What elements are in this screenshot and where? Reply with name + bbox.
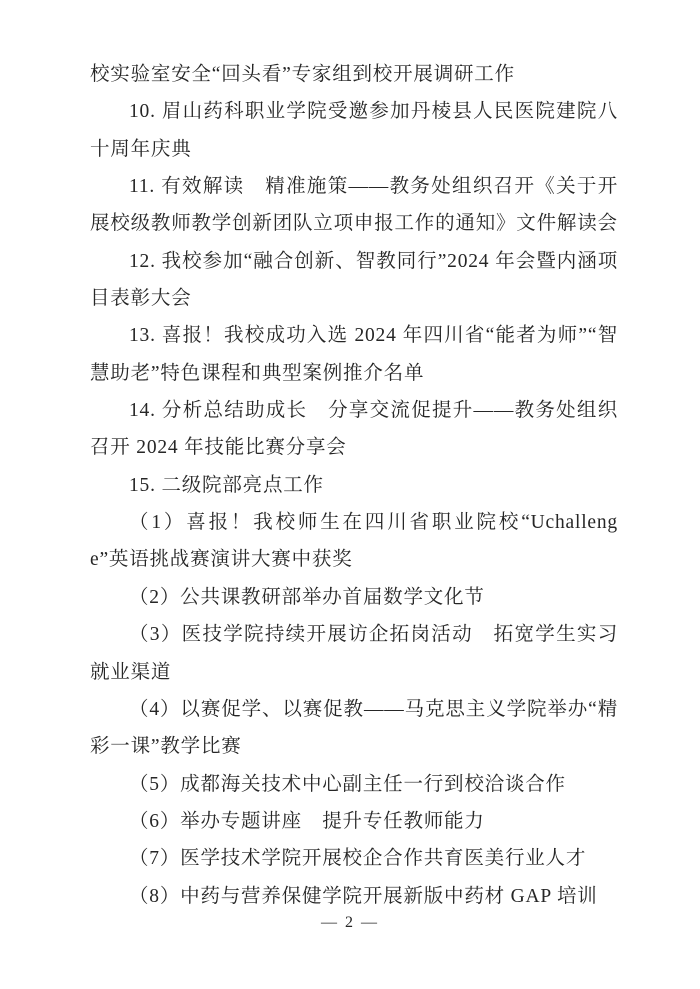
paragraph: （6）举办专题讲座 提升专任教师能力 — [90, 803, 618, 840]
paragraph: （1）喜报！我校师生在四川省职业院校“Uchallenge”英语挑战赛演讲大赛中… — [90, 504, 618, 579]
paragraph: 13. 喜报！我校成功入选 2024 年四川省“能者为师”“智慧助老”特色课程和… — [90, 317, 618, 392]
paragraph: （5）成都海关技术中心副主任一行到校洽谈合作 — [90, 766, 618, 803]
paragraph: （2）公共课教研部举办首届数学文化节 — [90, 579, 618, 616]
paragraph: 14. 分析总结助成长 分享交流促提升——教务处组织召开 2024 年技能比赛分… — [90, 392, 618, 467]
page-number: — 2 — — [0, 914, 700, 932]
paragraph: 12. 我校参加“融合创新、智教同行”2024 年会暨内涵项目表彰大会 — [90, 243, 618, 318]
paragraph: 11. 有效解读 精准施策——教务处组织召开《关于开展校级教师教学创新团队立项申… — [90, 168, 618, 243]
paragraph: （4）以赛促学、以赛促教——马克思主义学院举办“精彩一课”教学比赛 — [90, 691, 618, 766]
document-page: 校实验室安全“回头看”专家组到校开展调研工作10. 眉山药科职业学院受邀参加丹棱… — [0, 0, 700, 989]
document-content: 校实验室安全“回头看”专家组到校开展调研工作10. 眉山药科职业学院受邀参加丹棱… — [90, 56, 618, 915]
paragraph: （3）医技学院持续开展访企拓岗活动 拓宽学生实习就业渠道 — [90, 616, 618, 691]
paragraph: （7）医学技术学院开展校企合作共育医美行业人才 — [90, 840, 618, 877]
paragraph: 校实验室安全“回头看”专家组到校开展调研工作 — [90, 56, 618, 93]
paragraph: （8）中药与营养保健学院开展新版中药材 GAP 培训 — [90, 878, 618, 915]
paragraph: 10. 眉山药科职业学院受邀参加丹棱县人民医院建院八十周年庆典 — [90, 93, 618, 168]
paragraph: 15. 二级院部亮点工作 — [90, 467, 618, 504]
